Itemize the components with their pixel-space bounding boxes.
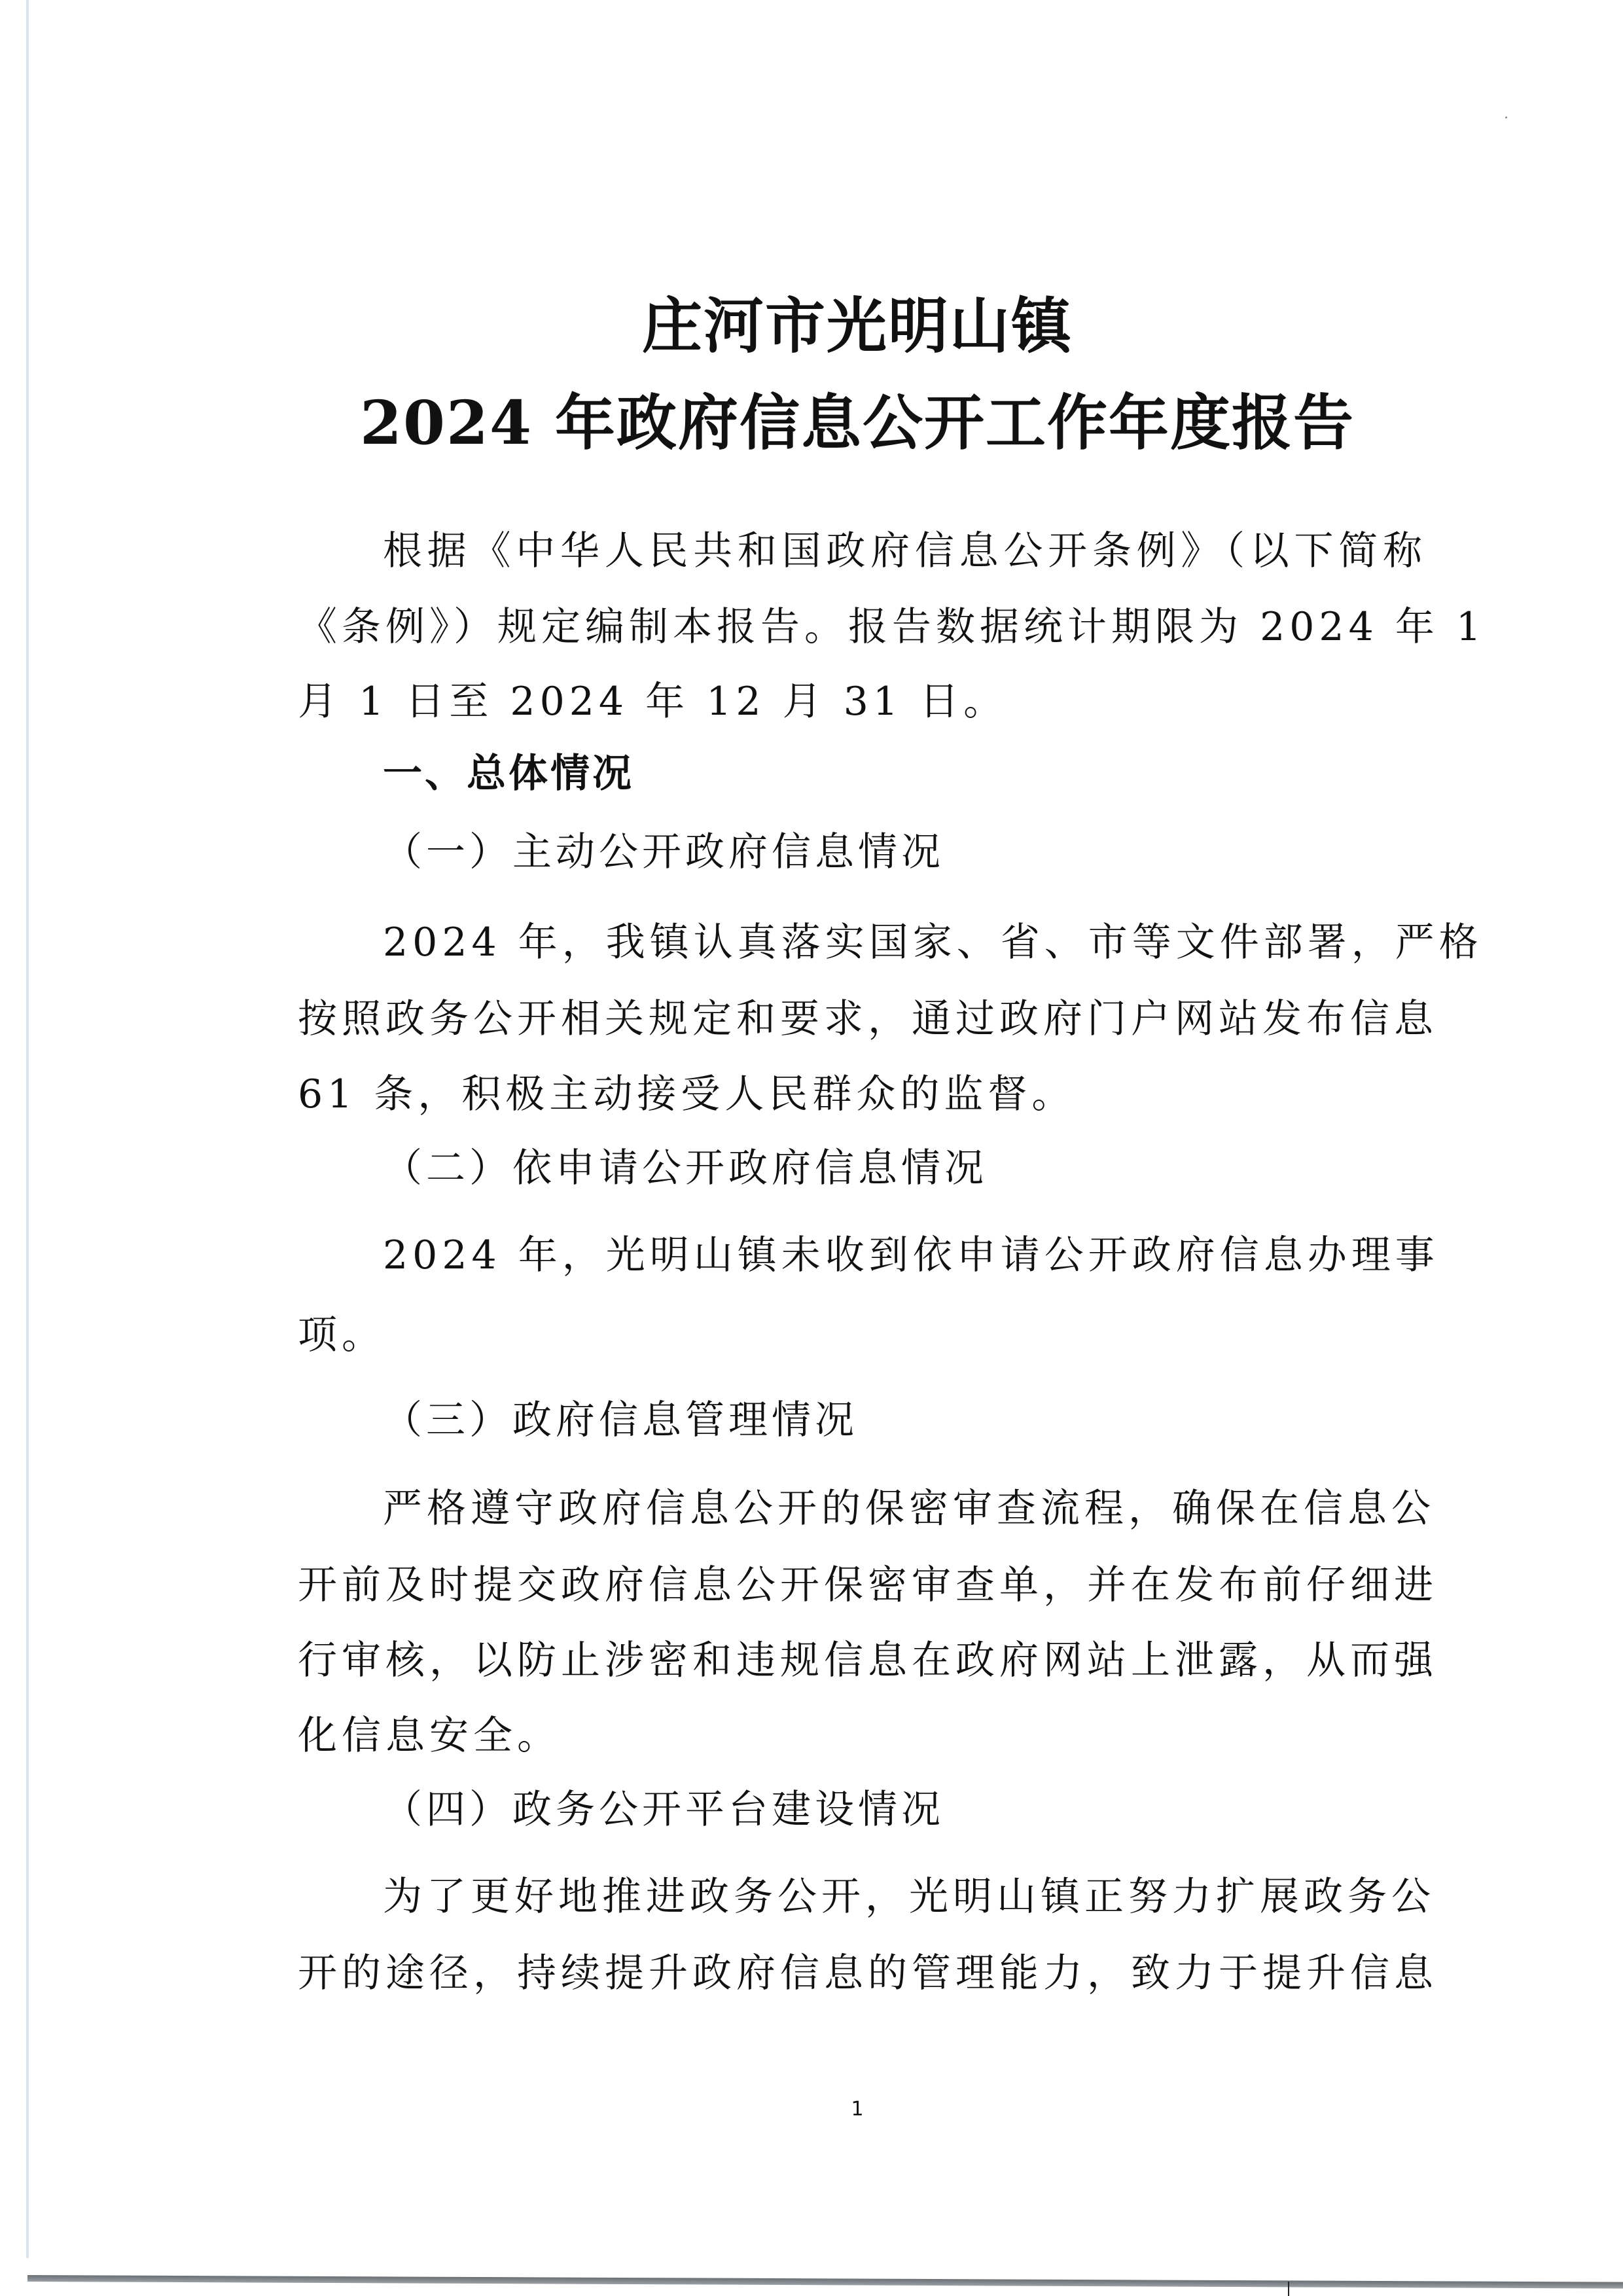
paragraph-line: 2024 年，我镇认真落实国家、省、市等文件部署，严格	[383, 923, 1427, 962]
paragraph-line: 根据《中华人民共和国政府信息公开条例》（以下简称	[383, 531, 1427, 571]
title-line-2: 2024 年政府信息公开工作年度报告	[0, 393, 1623, 453]
paragraph-line: 《条例》）规定编制本报告。报告数据统计期限为 2024 年 1	[298, 607, 1427, 647]
subsection-heading: （四）政务公开平台建设情况	[383, 1790, 1427, 1829]
paragraph-line: 严格遵守政府信息公开的保密审查流程，确保在信息公	[383, 1489, 1427, 1528]
paragraph-line: 月 1 日至 2024 年 12 月 31 日。	[298, 682, 1427, 721]
paragraph-line: 按照政务公开相关规定和要求，通过政府门户网站发布信息	[298, 999, 1427, 1039]
paragraph-line: 开前及时提交政府信息公开保密审查单，并在发布前仔细进	[298, 1566, 1427, 1605]
paragraph-line: 开的途径，持续提升政府信息的管理能力，致力于提升信息	[298, 1954, 1427, 1993]
paragraph-line: 2024 年，光明山镇未收到依申请公开政府信息办理事	[383, 1236, 1427, 1275]
title-line-1: 庄河市光明山镇	[0, 296, 1623, 356]
scan-bottom-edge	[27, 2275, 1623, 2289]
paragraph-line: 行审核，以防止涉密和违规信息在政府网站上泄露，从而强	[298, 1641, 1427, 1680]
scan-mark	[1288, 2282, 1289, 2296]
page-number: 1	[0, 2098, 1623, 2121]
subsection-heading: （三）政府信息管理情况	[383, 1401, 1427, 1440]
subsection-heading: （一）主动公开政府信息情况	[383, 833, 1427, 872]
scan-speck	[1505, 117, 1507, 118]
section-heading: 一、总体情况	[383, 754, 1427, 793]
subsection-heading: （二）依申请公开政府信息情况	[383, 1149, 1427, 1188]
paragraph-line: 为了更好地推进政务公开，光明山镇正努力扩展政务公	[383, 1877, 1427, 1916]
paragraph-line: 化信息安全。	[298, 1716, 1427, 1755]
paragraph-line: 项。	[298, 1316, 1427, 1355]
paragraph-line: 61 条，积极主动接受人民群众的监督。	[298, 1075, 1427, 1114]
